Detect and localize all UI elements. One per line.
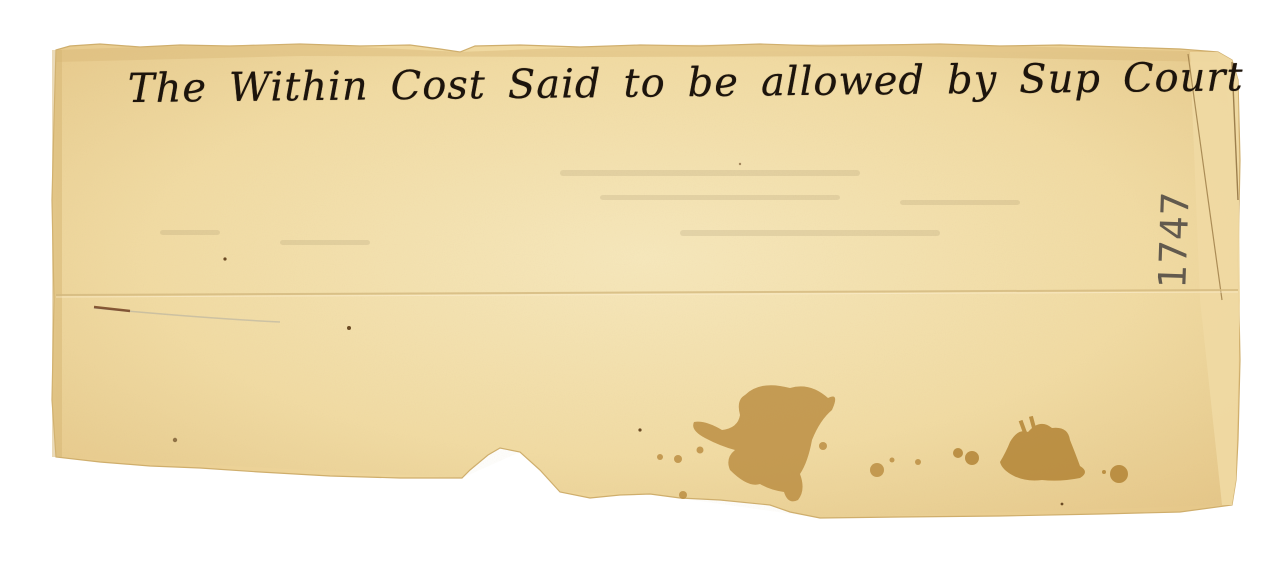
word: Said <box>508 61 602 108</box>
word: Sup <box>1019 56 1101 103</box>
word: The <box>128 65 208 112</box>
word: to <box>623 60 666 106</box>
handwritten-inscription: TheWithinCostSaidtobeallowedbySupCourt <box>128 55 1189 136</box>
pencil-annotation: 1747 <box>1150 179 1194 300</box>
word: be <box>687 60 739 107</box>
word: by <box>947 57 998 104</box>
word: Within <box>229 63 369 110</box>
word: allowed <box>761 58 926 106</box>
word: Cost <box>390 62 486 109</box>
word: Court <box>1123 54 1244 101</box>
document-scan: TheWithinCostSaidtobeallowedbySupCourt 1… <box>0 0 1288 581</box>
